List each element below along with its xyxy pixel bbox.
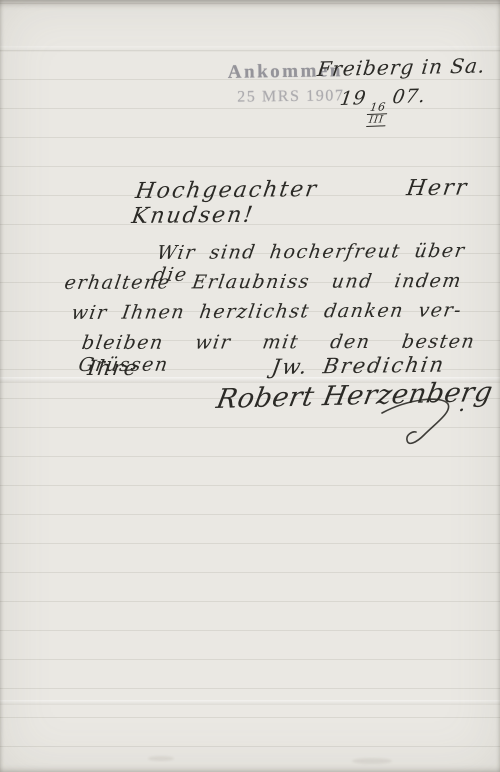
dateline-date: 1916III07. [336,85,428,128]
date-fraction: 16III [365,101,389,127]
closing-word: Ihre [86,356,140,380]
signature-flourish [380,393,462,449]
stamp-date: 25 MRS 1907 [237,87,345,106]
body-line: erhaltene Erlaubniss und indem [63,270,464,294]
letter-page: Ankommen 25 MRS 1907 Freiberg in Sa. 191… [0,0,500,772]
paper-crease [0,700,500,705]
date-year-suffix: 07. [391,85,428,108]
date-year-prefix: 19 [339,87,368,110]
ink-smudge [148,756,174,761]
paper-crease [0,46,500,52]
closing-name-bredichin: Jw. Bredichin [270,353,447,379]
dateline-place: Freiberg in Sa. [316,53,487,81]
body-line: wir Ihnen herzlichst danken ver- [70,299,464,324]
date-month-roman: III [366,114,387,127]
date-day: 16 [367,101,389,115]
ink-smudge [352,758,392,764]
salutation: Hochgeachter Herr Knudsen! [130,176,470,229]
